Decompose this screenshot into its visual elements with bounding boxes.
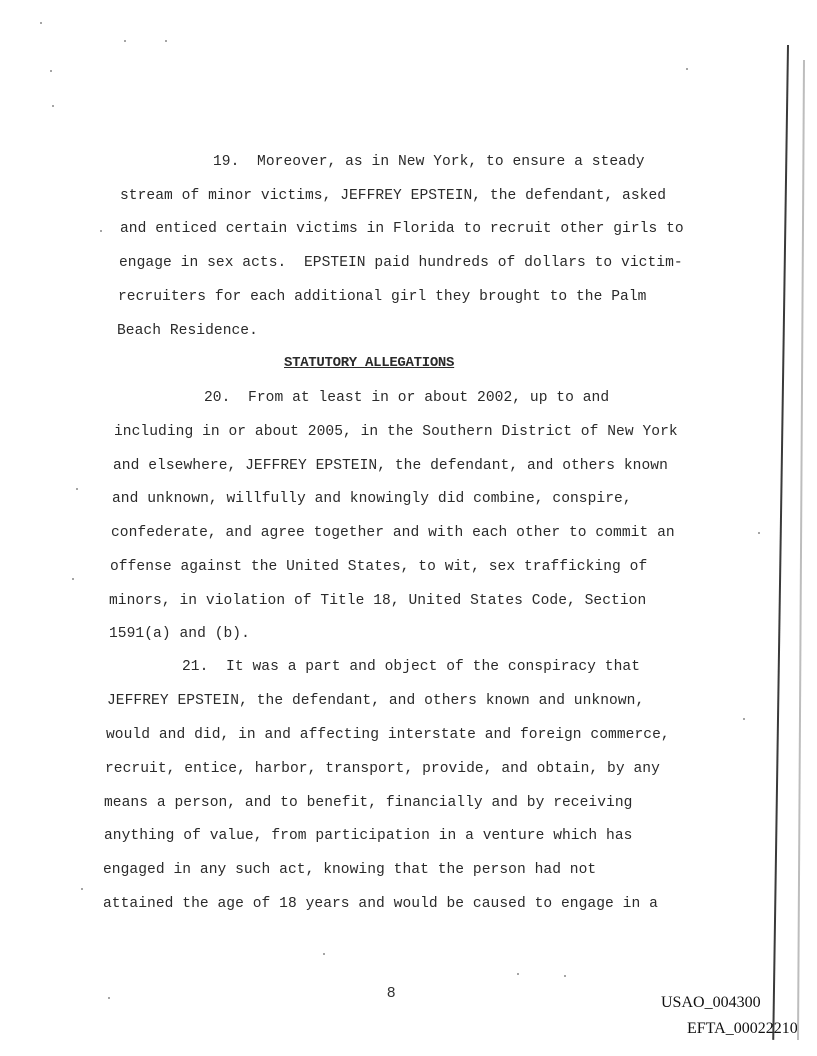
scan-speck [743,718,745,720]
text-line: stream of minor victims, JEFFREY EPSTEIN… [120,187,666,205]
scan-speck [686,68,688,70]
text-line: recruiters for each additional girl they… [118,288,646,306]
text-line: would and did, in and affecting intersta… [106,726,670,744]
scan-speck [76,488,78,490]
scan-speck [758,532,760,534]
scan-speck [564,975,566,977]
text-line: 1591(a) and (b). [109,625,250,643]
scan-speck [81,888,83,890]
scan-speck [323,953,325,955]
scan-speck [40,22,42,24]
scan-speck [50,70,52,72]
text-line: and elsewhere, JEFFREY EPSTEIN, the defe… [113,457,668,475]
scan-speck [108,997,110,999]
text-line: and unknown, willfully and knowingly did… [112,490,632,508]
bates-number-usao: USAO_004300 [661,994,761,1012]
text-line: Beach Residence. [117,322,258,340]
text-line: 21. It was a part and object of the cons… [182,658,640,676]
bates-number-efta: EFTA_00022210 [687,1020,798,1038]
text-line: 19. Moreover, as in New York, to ensure … [213,153,645,171]
text-line: means a person, and to benefit, financia… [104,794,632,812]
page-edge-line [772,45,788,1040]
text-line: offense against the United States, to wi… [110,558,647,576]
page-edge-shadow [797,60,804,1040]
text-line: minors, in violation of Title 18, United… [109,592,646,610]
section-heading: STATUTORY ALLEGATIONS [284,355,454,371]
scan-speck [72,578,74,580]
scan-speck [165,40,167,42]
text-line: engage in sex acts. EPSTEIN paid hundred… [119,254,683,272]
text-line: anything of value, from participation in… [104,827,632,845]
scan-speck [517,973,519,975]
text-line: and enticed certain victims in Florida t… [120,220,684,238]
page-number: 8 [387,984,395,1001]
scan-speck [100,230,102,232]
text-line: engaged in any such act, knowing that th… [103,861,596,879]
scan-speck [52,105,54,107]
text-line: recruit, entice, harbor, transport, prov… [105,760,660,778]
text-line: confederate, and agree together and with… [111,524,675,542]
document-page: 19. Moreover, as in New York, to ensure … [0,0,817,1056]
text-line: 20. From at least in or about 2002, up t… [204,389,609,407]
text-line: JEFFREY EPSTEIN, the defendant, and othe… [107,692,644,710]
text-line: attained the age of 18 years and would b… [103,895,658,913]
scan-speck [124,40,126,42]
text-line: including in or about 2005, in the South… [114,423,678,441]
